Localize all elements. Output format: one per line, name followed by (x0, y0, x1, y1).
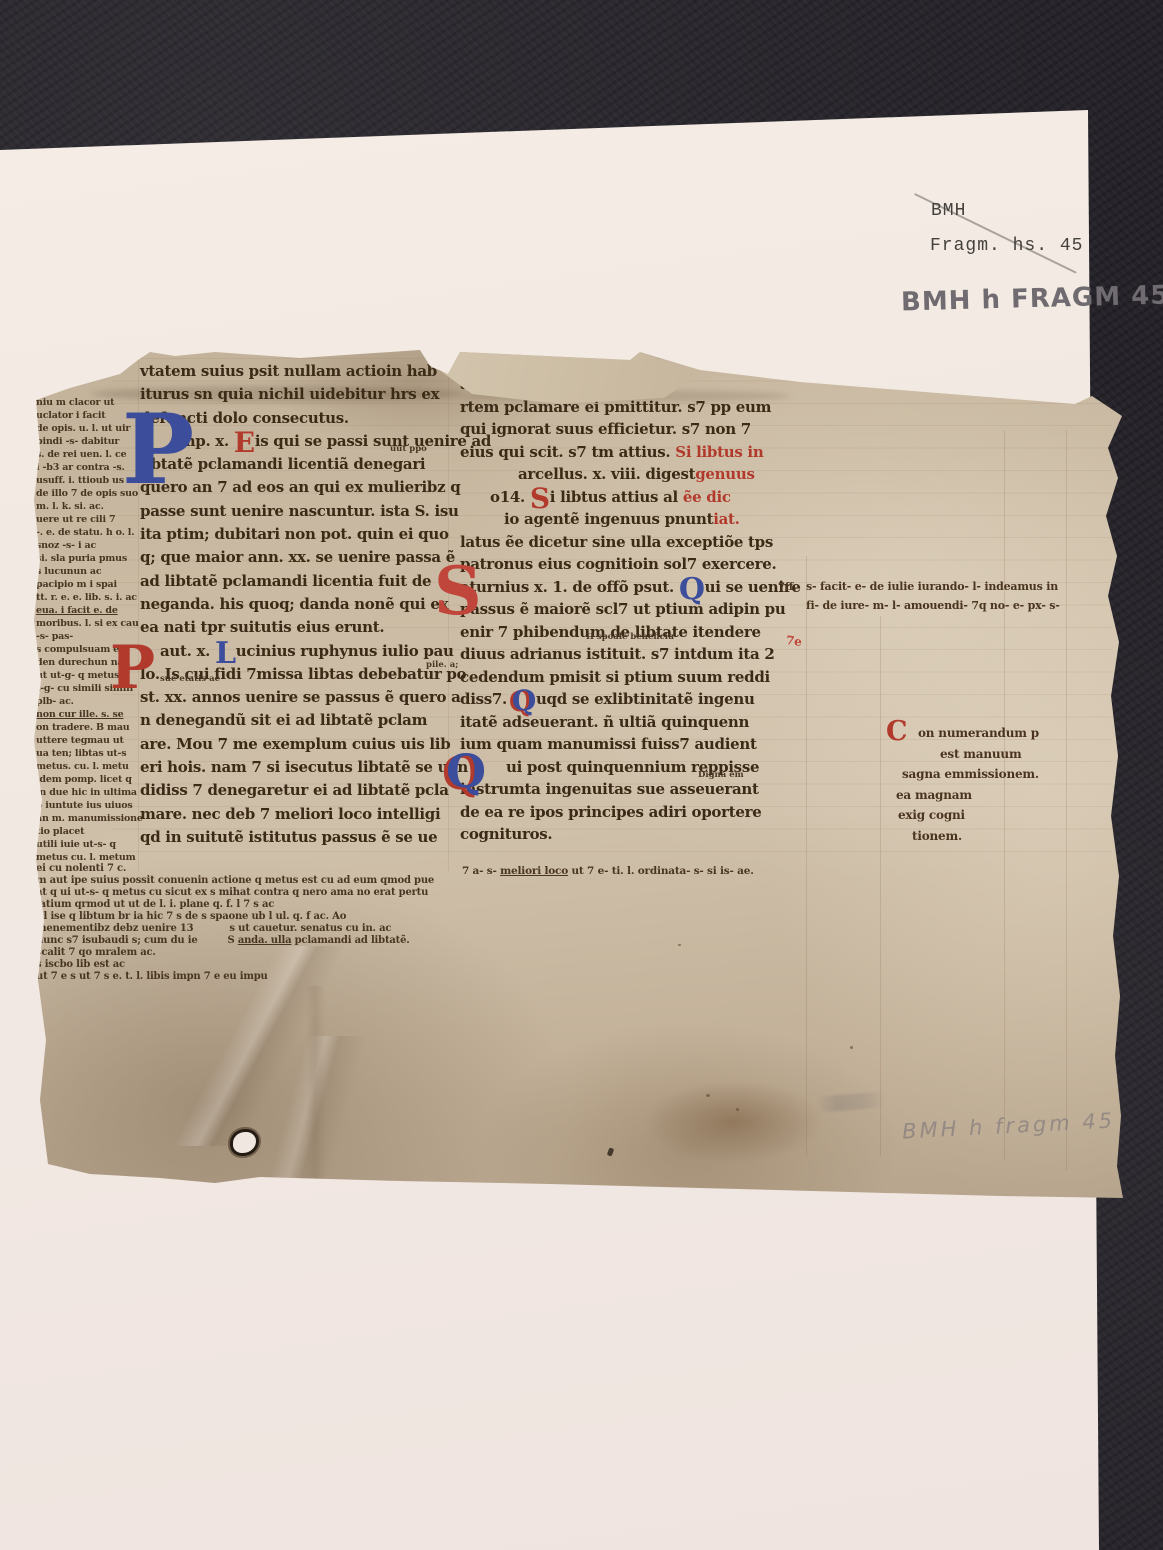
manuscript-line: si. sla puria pmus (36, 552, 146, 565)
manuscript-line: st. xx. annos uenire se passus ẽ quero a (140, 686, 472, 709)
interlinear-gloss: Digna em (698, 770, 744, 780)
manuscript-line: instrumta ingenuitas sue asseuerant (460, 778, 812, 801)
drop-cap-bluered-Q: Q (446, 748, 486, 794)
manuscript-line: sagna emmissionem. (896, 764, 1046, 785)
manuscript-line: est manuum (896, 744, 1046, 765)
manuscript-line: at q ui ut-s- q metus cu sicut ex s miha… (36, 887, 466, 899)
ink-speck (607, 1147, 614, 1156)
manuscript-line: ita ptim; dubitari non pot. quin ei quo (140, 523, 472, 546)
manuscript-line: vtatem suius psit nullam actioin hab (140, 360, 472, 383)
manuscript-line: on tradere. B mau (36, 721, 146, 734)
manuscript-line: uttere tegmau ut (36, 734, 146, 747)
manuscript-line: exig cogni (896, 805, 1046, 826)
gloss-under-column-2: 7 a- s- meliori loco ut 7 e- ti. l. ordi… (462, 865, 852, 878)
ink-speck (736, 1108, 739, 1111)
bottom-left-gloss-block: ei cu nolenti 7 c.m aut ipe suius possit… (36, 863, 466, 983)
manuscript-line: ua ten; libtas ut-s (36, 747, 146, 760)
manuscript-line: neganda. his quoq; danda nonẽ qui ex (140, 593, 472, 616)
manuscript-line: s lucunun ac (36, 565, 146, 578)
manuscript-line: ad libtatẽ pclamandi licentia fuit de (140, 570, 472, 593)
manuscript-line: nunc s7 isubaudi s; cum du ie S anda. ul… (36, 935, 466, 947)
manuscript-line: arcellus. x. viii. digestgenuus (460, 463, 812, 486)
manuscript-line: tt. r. e. e. lib. s. i. ac (36, 591, 146, 604)
manuscript-line: m aut ipe suius possit conuenin actione … (36, 875, 466, 887)
manuscript-line: mare. nec deb 7 meliori loco intelligi (140, 803, 472, 826)
manuscript-line: scalit 7 qo mralem ac. (36, 947, 466, 959)
manuscript-line: n denegandũ sit ei ad libtatẽ pclam (140, 709, 472, 732)
margin-note-siglum: 7ff. (778, 582, 797, 593)
manuscript-line: diuus adrianus istituit. s7 intdum ita 2 (460, 643, 812, 666)
typed-label-line1: BMH (931, 201, 966, 221)
handwritten-shelfmark-top: BMH h FRAGM 45 (901, 280, 1163, 317)
ruling-vertical (880, 616, 881, 1156)
wormhole (233, 1132, 256, 1153)
drop-cap-red-S: S (434, 558, 482, 624)
right-margin-note-1: s- facit- e- de iulie iurando- l- indeam… (806, 577, 1151, 615)
manuscript-line: didiss 7 denegaretur ei ad libtatẽ pcla (140, 779, 472, 802)
ink-speck (850, 1046, 853, 1049)
interlinear-gloss: uut ppo (390, 444, 427, 454)
drop-cap-blue-P: P (122, 402, 194, 498)
manuscript-line: tionem. (896, 826, 1046, 847)
pencil-shelfmark-bottom: BMH h fragm 45 (902, 1108, 1116, 1143)
manuscript-line: aut. x. Lucinius ruphynus iulio pau (140, 640, 472, 663)
manuscript-line: ium quam manumissi fuiss7 audient (460, 733, 812, 756)
manuscript-line: utili iuie ut-s- q (36, 838, 146, 851)
manuscript-line: uere ut re cili 7 (36, 513, 146, 526)
manuscript-line: metus. cu. l. metu (36, 760, 146, 773)
manuscript-line: ut 7 e s ut 7 s e. t. l. libis impn 7 e … (36, 971, 466, 983)
manuscript-line: idem pomp. licet q (36, 773, 146, 786)
manuscript-line: ei cu nolenti 7 c. (36, 863, 466, 875)
manuscript-line: diss7. Quqd se exlibtinitatẽ ingenu (460, 688, 812, 711)
drop-cap-red-P: P (110, 638, 155, 698)
parchment-crease (90, 1036, 510, 1196)
manuscript-line: io agentẽ ingenuus pnuntiat. (460, 508, 812, 531)
manuscript-line: pacipio m i spai (36, 578, 146, 591)
manuscript-line: eius qui scit. s7 tm attius. Si libtus i… (460, 441, 812, 464)
interlinear-gloss: sue etatis ac (160, 674, 220, 684)
manuscript-line: latus ẽe dicetur sine ulla exceptiõe tps (460, 531, 812, 554)
photo-of-manuscript-fragment: BMH Fragm. hs. 45 BMH h FRAGM 45 niu m c… (0, 0, 1163, 1550)
manuscript-line: on numerandum p (896, 723, 1046, 744)
manuscript-line: o iuntute ius uiuos (36, 799, 146, 812)
manuscript-line: in due hic in ultima (36, 786, 146, 799)
manuscript-line: de ea re ipos principes adiri oportere (460, 801, 812, 824)
parchment-fragment: niu m clacor utuclator i facitde opis. u… (30, 346, 1130, 1208)
manuscript-line: ui post quinquennium reppisse (460, 756, 812, 779)
manuscript-line: passus ẽ maiorẽ scl7 ut ptium adipin pu (460, 598, 812, 621)
red-paragraph-mark: 7e (785, 633, 803, 649)
manuscript-line: qd in suitutẽ istitutus passus ẽ se ue (140, 826, 472, 849)
manuscript-line: q; que maior ann. xx. se uenire passa ẽ (140, 546, 472, 569)
manuscript-line: non cur ille. s. se (36, 708, 146, 721)
manuscript-line: ea nati tpr suitutis eius erunt. (140, 616, 472, 639)
manuscript-line: latium qrmod ut ut de l. i. plane q. f. … (36, 899, 466, 911)
manuscript-line: ea magnam (896, 785, 1046, 806)
manuscript-line: eua. i facit e. de (36, 604, 146, 617)
ink-speck (706, 1094, 710, 1097)
manuscript-line: eri hois. nam 7 si isecutus libtatẽ se u… (140, 756, 472, 779)
manuscript-line: s iscbo lib est ac (36, 959, 466, 971)
manuscript-line: snoz -s- i ac (36, 539, 146, 552)
ink-speck (678, 944, 681, 946)
manuscript-line: cognituros. (460, 823, 812, 846)
typed-label-line2: Fragm. hs. 45 (930, 236, 1083, 256)
manuscript-line: patronus eius cognitioin sol7 exercere. (460, 553, 812, 576)
manuscript-line: menementibz debz uenire 13 s ut cauetur.… (36, 923, 466, 935)
manuscript-line: qui ignorat suus efficietur. s7 non 7 (460, 418, 812, 441)
manuscript-line: 7 a- s- meliori loco ut 7 e- ti. l. ordi… (462, 865, 852, 878)
manuscript-line: o14. Si libtus attius al ẽe dic (460, 486, 812, 509)
ruling-vertical (1066, 430, 1067, 1170)
manuscript-line: an m. manumissione (36, 812, 146, 825)
drop-cap-red-C: C (886, 718, 908, 745)
manuscript-line: -. e. de statu. h o. l. (36, 526, 146, 539)
manuscript-line: itatẽ adseuerant. ñ ultiã quinquenn (460, 711, 812, 734)
interlinear-gloss: II spoale beneficiu (586, 632, 674, 642)
manuscript-line: tio placet (36, 825, 146, 838)
interlinear-gloss: pile. a; (426, 660, 458, 670)
manuscript-line: fi- de iure- m- l- amouendi- 7q no- e- p… (806, 596, 1151, 615)
parchment-crease (270, 986, 360, 1186)
manuscript-line: aturnius x. 1. de offõ psut. Qui se ueni… (460, 576, 812, 599)
main-text-column-2: atẽ ignrtem pclamare ei pmittitur. s7 pp… (460, 373, 812, 846)
right-margin-note-2: on numerandum pest manuumsagna emmission… (896, 723, 1046, 846)
manuscript-line: s- facit- e- de iulie iurando- l- indeam… (806, 577, 1151, 596)
manuscript-line: moribus. l. si ex cau (36, 617, 146, 630)
manuscript-line: Al ise q libtum br ia hic 7 s de s spaon… (36, 911, 466, 923)
manuscript-line: are. Mou 7 me exemplum cuius uis lib (140, 733, 472, 756)
faint-pencil-scribble (815, 1091, 886, 1113)
